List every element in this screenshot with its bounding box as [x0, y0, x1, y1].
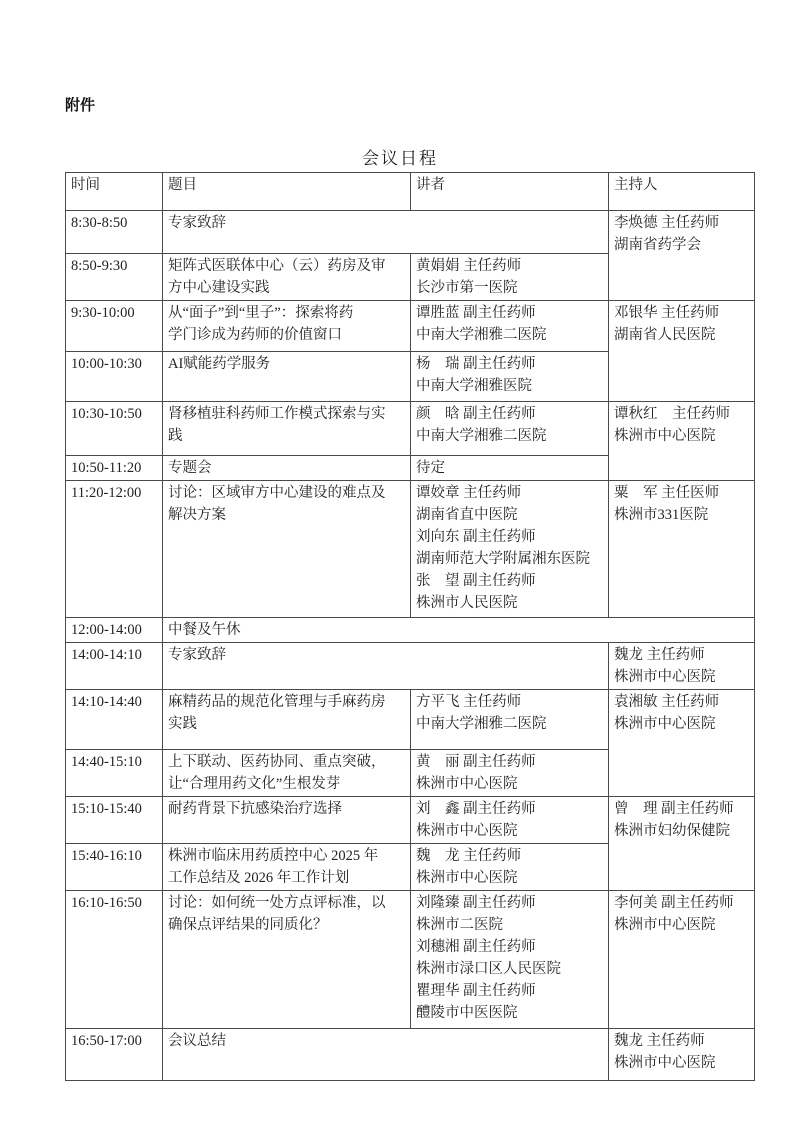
time-cell: 15:10-15:40	[66, 797, 163, 844]
table-row: 11:20-12:00 讨论：区域审方中心建设的难点及 解决方案 谭姣章 主任药…	[66, 481, 755, 618]
time-cell: 10:50-11:20	[66, 456, 163, 481]
topic-cell: 耐药背景下抗感染治疗选择	[163, 797, 411, 844]
time-cell: 14:00-14:10	[66, 643, 163, 690]
table-row: 14:10-14:40 麻精药品的规范化管理与手麻药房 实践 方平飞 主任药师 …	[66, 690, 755, 750]
speaker-cell: 杨 瑞 副主任药师 中南大学湘雅医院	[411, 352, 609, 402]
attachment-label: 附件	[65, 94, 95, 115]
column-header-speaker: 讲者	[411, 173, 609, 211]
speaker-cell: 方平飞 主任药师 中南大学湘雅二医院	[411, 690, 609, 750]
topic-cell: 上下联动、医药协同、重点突破， 让“合理用药文化”生根发芽	[163, 750, 411, 797]
table-row: 15:10-15:40 耐药背景下抗感染治疗选择 刘 鑫 副主任药师 株洲市中心…	[66, 797, 755, 844]
host-cell: 谭秋红 主任药师 株洲市中心医院	[609, 402, 755, 481]
column-header-host: 主持人	[609, 173, 755, 211]
host-cell: 曾 理 副主任药师 株洲市妇幼保健院	[609, 797, 755, 891]
time-cell: 15:40-16:10	[66, 844, 163, 891]
speaker-cell: 待定	[411, 456, 609, 481]
topic-cell: 讨论：如何统一处方点评标准，以 确保点评结果的同质化？	[163, 891, 411, 1029]
time-cell: 9:30-10:00	[66, 301, 163, 352]
speaker-cell: 黄娟娟 主任药师 长沙市第一医院	[411, 254, 609, 301]
topic-cell: 矩阵式医联体中心（云）药房及审 方中心建设实践	[163, 254, 411, 301]
time-cell: 8:30-8:50	[66, 211, 163, 254]
speaker-cell: 谭姣章 主任药师 湖南省直中医院 刘向东 副主任药师 湖南师范大学附属湘东医院 …	[411, 481, 609, 618]
speaker-cell: 刘隆臻 副主任药师 株洲市二医院 刘穗湘 副主任药师 株洲市渌口区人民医院 瞿理…	[411, 891, 609, 1029]
table-row: 10:30-10:50 肾移植驻科药师工作模式探索与实 践 颜 晗 副主任药师 …	[66, 402, 755, 456]
table-row: 8:30-8:50 专家致辞 李焕德 主任药师 湖南省药学会	[66, 211, 755, 254]
time-cell: 11:20-12:00	[66, 481, 163, 618]
host-cell: 魏龙 主任药师 株洲市中心医院	[609, 643, 755, 690]
time-cell: 14:40-15:10	[66, 750, 163, 797]
speaker-cell: 颜 晗 副主任药师 中南大学湘雅二医院	[411, 402, 609, 456]
topic-cell: AI赋能药学服务	[163, 352, 411, 402]
page-title: 会议日程	[0, 144, 800, 169]
time-cell: 10:00-10:30	[66, 352, 163, 402]
speaker-cell: 谭胜蓝 副主任药师 中南大学湘雅二医院	[411, 301, 609, 352]
host-cell: 魏龙 主任药师 株洲市中心医院	[609, 1029, 755, 1081]
time-cell: 14:10-14:40	[66, 690, 163, 750]
table-row: 16:10-16:50 讨论：如何统一处方点评标准，以 确保点评结果的同质化？ …	[66, 891, 755, 1029]
host-cell: 李焕德 主任药师 湖南省药学会	[609, 211, 755, 301]
host-cell: 邓银华 主任药师 湖南省人民医院	[609, 301, 755, 402]
speaker-cell: 刘 鑫 副主任药师 株洲市中心医院	[411, 797, 609, 844]
time-cell: 16:10-16:50	[66, 891, 163, 1029]
time-cell: 8:50-9:30	[66, 254, 163, 301]
topic-cell: 专家致辞	[163, 211, 609, 254]
topic-cell: 从“面子”到“里子”：探索将药 学门诊成为药师的价值窗口	[163, 301, 411, 352]
topic-cell: 会议总结	[163, 1029, 609, 1081]
header-row: 时间 题目 讲者 主持人	[66, 173, 755, 211]
time-cell: 12:00-14:00	[66, 618, 163, 643]
topic-cell: 专家致辞	[163, 643, 609, 690]
host-cell: 李何美 副主任药师 株洲市中心医院	[609, 891, 755, 1029]
topic-cell: 中餐及午休	[163, 618, 755, 643]
speaker-cell: 黄 丽 副主任药师 株洲市中心医院	[411, 750, 609, 797]
topic-cell: 专题会	[163, 456, 411, 481]
schedule-table: 时间 题目 讲者 主持人 8:30-8:50 专家致辞 李焕德 主任药师 湖南省…	[65, 172, 755, 1081]
time-cell: 10:30-10:50	[66, 402, 163, 456]
topic-cell: 麻精药品的规范化管理与手麻药房 实践	[163, 690, 411, 750]
table-row: 9:30-10:00 从“面子”到“里子”：探索将药 学门诊成为药师的价值窗口 …	[66, 301, 755, 352]
table-row: 16:50-17:00 会议总结 魏龙 主任药师 株洲市中心医院	[66, 1029, 755, 1081]
topic-cell: 株洲市临床用药质控中心 2025 年 工作总结及 2026 年工作计划	[163, 844, 411, 891]
topic-cell: 肾移植驻科药师工作模式探索与实 践	[163, 402, 411, 456]
host-cell: 袁湘敏 主任药师 株洲市中心医院	[609, 690, 755, 797]
topic-cell: 讨论：区域审方中心建设的难点及 解决方案	[163, 481, 411, 618]
column-header-time: 时间	[66, 173, 163, 211]
table-row: 12:00-14:00 中餐及午休	[66, 618, 755, 643]
time-cell: 16:50-17:00	[66, 1029, 163, 1081]
speaker-cell: 魏 龙 主任药师 株洲市中心医院	[411, 844, 609, 891]
host-cell: 粟 军 主任医师 株洲市331医院	[609, 481, 755, 618]
table-row: 14:00-14:10 专家致辞 魏龙 主任药师 株洲市中心医院	[66, 643, 755, 690]
column-header-topic: 题目	[163, 173, 411, 211]
